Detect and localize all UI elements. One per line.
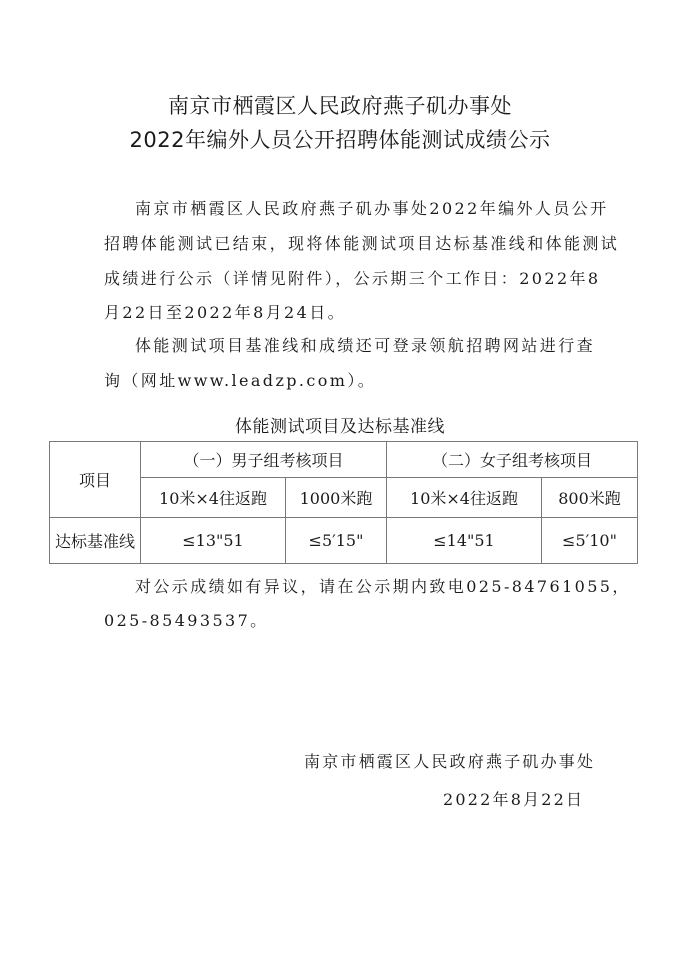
row-header-item: 项目 — [50, 442, 141, 518]
paragraph-line: 025-85493537。 — [104, 608, 269, 631]
row-header-baseline: 达标基准线 — [50, 518, 141, 564]
document-title-line-2: 2022年编外人员公开招聘体能测试成绩公示 — [0, 124, 680, 154]
group-header-female: （二）女子组考核项目 — [387, 442, 638, 478]
item-female-800m: 800米跑 — [542, 478, 638, 518]
item-male-shuttle-run: 10米×4往返跑 — [141, 478, 286, 518]
item-female-shuttle-run: 10米×4往返跑 — [387, 478, 542, 518]
item-male-1000m: 1000米跑 — [286, 478, 387, 518]
baseline-female-800m: ≤5′10" — [542, 518, 638, 564]
paragraph-line: 询（网址www.leadzp.com）。 — [104, 368, 376, 391]
paragraph-line: 南京市栖霞区人民政府燕子矶办事处2022年编外人员公开 — [135, 196, 609, 219]
baseline-table: 项目 （一）男子组考核项目 （二）女子组考核项目 10米×4往返跑 1000米跑… — [49, 441, 638, 564]
table-caption: 体能测试项目及达标基准线 — [0, 412, 680, 437]
signature-date: 2022年8月22日 — [443, 787, 584, 810]
paragraph-line: 月22日至2022年8月24日。 — [104, 300, 346, 323]
group-header-male: （一）男子组考核项目 — [141, 442, 387, 478]
baseline-male-1000m: ≤5′15" — [286, 518, 387, 564]
document-title-line-1: 南京市栖霞区人民政府燕子矶办事处 — [0, 90, 680, 120]
paragraph-line: 对公示成绩如有异议，请在公示期内致电025-84761055， — [135, 574, 631, 597]
baseline-male-shuttle-run: ≤13"51 — [141, 518, 286, 564]
signature-organization: 南京市栖霞区人民政府燕子矶办事处 — [304, 749, 595, 772]
paragraph-line: 体能测试项目基准线和成绩还可登录领航招聘网站进行查 — [135, 333, 595, 356]
baseline-female-shuttle-run: ≤14"51 — [387, 518, 542, 564]
paragraph-line: 成绩进行公示（详情见附件），公示期三个工作日：2022年8 — [104, 266, 601, 289]
paragraph-line: 招聘体能测试已结束，现将体能测试项目达标基准线和体能测试 — [104, 231, 619, 254]
